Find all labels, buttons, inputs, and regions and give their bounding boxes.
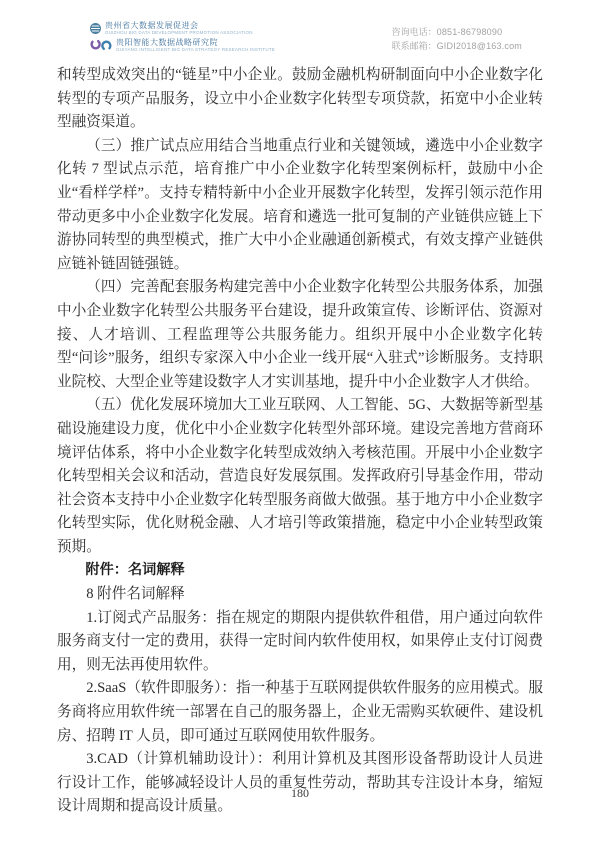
glossary-item-subscription: 1.订阅式产品服务：指在规定的期限内提供软件租借，用户通过向软件服务商支付一定的… [57, 607, 543, 678]
paragraph-section-3: （三）推广试点应用结合当地重点行业和关键领域，遴选中小企业数字化转 7 型试点示… [57, 135, 543, 277]
org-subtitle-institute: GUIYANG INTELLIGENT BIG DATA STRATEGY RE… [116, 47, 275, 52]
org-subtitle-association: GUIZHOU BIG DATA DEVELOPMENT PROMOTION A… [105, 30, 253, 35]
org-row-institute: 贵阳智能大数据战略研究院 GUIYANG INTELLIGENT BIG DAT… [90, 38, 275, 52]
glossary-item-saas: 2.SaaS（软件即服务）：指一种基于互联网提供软件服务的应用模式。服务商将应用… [57, 677, 543, 748]
org-name-association: 贵州省大数据发展促进会 [105, 21, 253, 30]
attachment-heading: 附件：名词解释 [57, 559, 543, 583]
email-label: 联系邮箱： [392, 41, 437, 51]
email-address: GIDI2018@163.com [437, 41, 522, 51]
phone-number: 0851-86798090 [437, 27, 503, 37]
paragraph-section-5: （五）优化发展环境加大工业互联网、人工智能、5G、大数据等新型基础设施建设力度，… [57, 394, 543, 559]
contact-info: 咨询电话：0851-86798090 联系邮箱：GIDI2018@163.com [392, 25, 522, 53]
paragraph-section-4: （四）完善配套服务构建完善中小企业数字化转型公共服务体系，加强中小企业数字化转型… [57, 276, 543, 394]
globe-icon [90, 23, 101, 34]
glossary-item-cad: 3.CAD（计算机辅助设计）：利用计算机及其图形设备帮助设计人员进行设计工作，能… [57, 748, 543, 819]
letterhead: 贵州省大数据发展促进会 GUIZHOU BIG DATA DEVELOPMENT… [90, 21, 275, 52]
attachment-subheading: 8 附件名词解释 [57, 583, 543, 607]
paragraph-continuation: 和转型成效突出的“链星”中小企业。鼓励金融机构研制面向中小企业数字化转型的专项产… [57, 64, 543, 135]
go-logo-icon [90, 39, 112, 51]
page-number: 180 [0, 786, 600, 801]
org-name-institute: 贵阳智能大数据战略研究院 [116, 38, 275, 47]
contact-email-line: 联系邮箱：GIDI2018@163.com [392, 39, 522, 53]
phone-label: 咨询电话： [392, 27, 437, 37]
document-body: 和转型成效突出的“链星”中小企业。鼓励金融机构研制面向中小企业数字化转型的专项产… [57, 64, 543, 819]
contact-phone-line: 咨询电话：0851-86798090 [392, 25, 522, 39]
document-page: 贵州省大数据发展促进会 GUIZHOU BIG DATA DEVELOPMENT… [0, 0, 600, 848]
org-row-association: 贵州省大数据发展促进会 GUIZHOU BIG DATA DEVELOPMENT… [90, 21, 275, 35]
